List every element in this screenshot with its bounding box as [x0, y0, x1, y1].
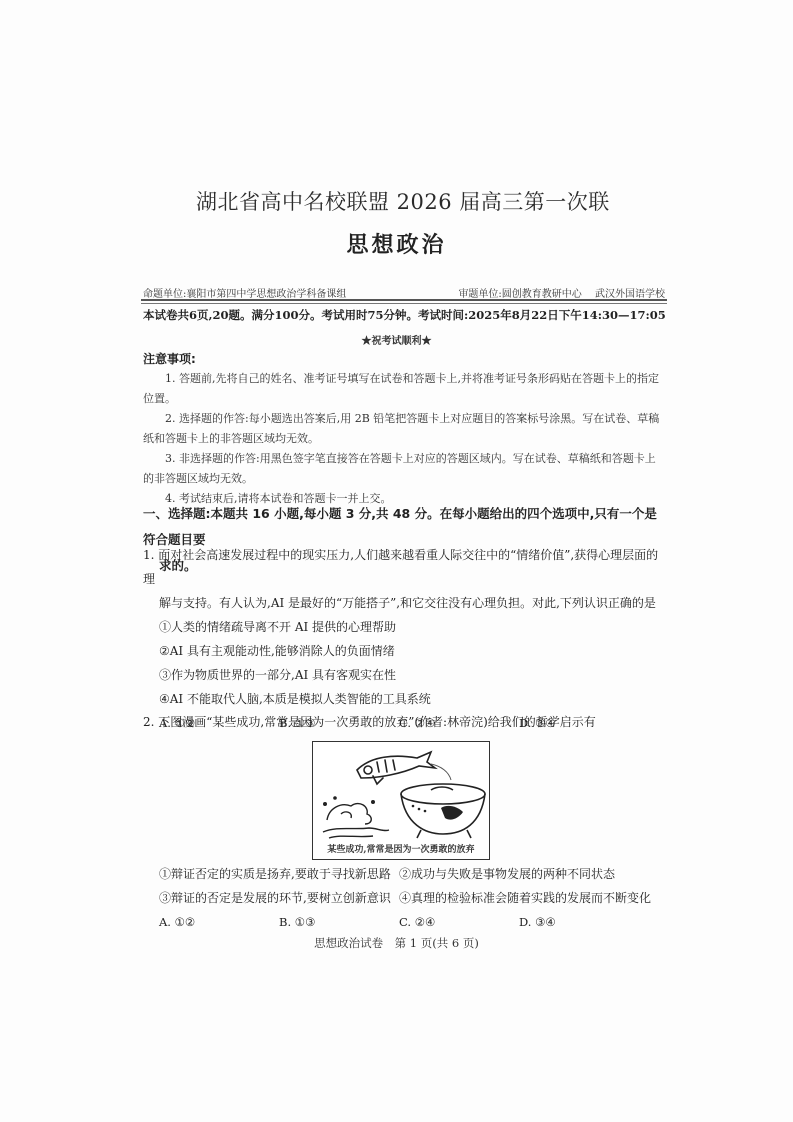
choice-d: D. ③④: [519, 910, 639, 934]
cartoon-caption: 某些成功,常常是因为一次勇敢的放弃: [313, 842, 489, 855]
blessing-text: ★祝考试顺利★: [0, 332, 793, 347]
question-stem: 2. 下图漫画“某些成功,常常是因为一次勇敢的放弃”(作者:林帝浣)给我们的哲学…: [143, 710, 665, 734]
section-line-1: 一、选择题:本题共 16 小题,每小题 3 分,共 48 分。在每小题给出的四个…: [143, 506, 657, 547]
bowl-pattern: [412, 805, 463, 820]
note-item: 1. 答题前,先将自己的姓名、准考证号填写在试卷和答题卡上,并将准考证号条形码贴…: [143, 369, 663, 409]
statement-4: ④AI 不能取代人脑,本质是模拟人类智能的工具系统: [143, 687, 665, 711]
statement-3: ③辩证的否定是发展的环节,要树立创新意识: [159, 886, 399, 910]
info-row: 本试卷共6页,20题。满分100分。考试用时75分钟。 考试时间:2025年8月…: [143, 307, 665, 323]
notes-title: 注意事项:: [143, 350, 196, 367]
header-rule-thin: [141, 303, 667, 304]
setter-unit: 命题单位:襄阳市第四中学思想政治学科备课组: [143, 285, 346, 300]
note-item: 3. 非选择题的作答:用黑色签字笔直接答在答题卡上对应的答题区域内。写在试卷、草…: [143, 449, 663, 489]
question-2-statements: ①辩证否定的实质是扬弃,要敢于寻找新思路 ②成功与失败是事物发展的两种不同状态 …: [159, 862, 659, 910]
choice-c: C. ②④: [399, 910, 519, 934]
header-rule-thick: [141, 299, 667, 301]
question-2: 2. 下图漫画“某些成功,常常是因为一次勇敢的放弃”(作者:林帝浣)给我们的哲学…: [143, 710, 665, 734]
cartoon-image: 某些成功,常常是因为一次勇敢的放弃: [312, 741, 490, 860]
statement-2: ②AI 具有主观能动性,能够消除人的负面情绪: [143, 639, 665, 663]
exam-title: 湖北省高中名校联盟 2026 届高三第一次联: [196, 186, 610, 216]
subject-title: 思想政治: [0, 228, 793, 259]
statement-1: ①人类的情绪疏导离不开 AI 提供的心理帮助: [143, 615, 665, 639]
choice-b: B. ①③: [279, 910, 399, 934]
choice-a: A. ①②: [159, 910, 279, 934]
exam-time: 考试时间:2025年8月22日下午14:30—17:05: [418, 307, 666, 323]
statement-4: ④真理的检验标准会随着实践的发展而不断变化: [399, 886, 651, 910]
page-footer: 思想政治试卷 第 1 页(共 6 页): [0, 935, 793, 951]
question-stem-cont: 解与支持。有人认为,AI 是最好的“万能搭子”,和它交往没有心理负担。对此,下列…: [143, 591, 665, 615]
fish-icon: [357, 752, 435, 784]
meta-row: 命题单位:襄阳市第四中学思想政治学科备课组 审题单位:圆创教育教研中心 武汉外国…: [143, 285, 665, 300]
wave-icon: [323, 797, 389, 838]
notes-list: 1. 答题前,先将自己的姓名、准考证号填写在试卷和答题卡上,并将准考证号条形码贴…: [143, 369, 663, 509]
question-stem: 1. 面对社会高速发展过程中的现实压力,人们越来越看重人际交往中的“情绪价值”,…: [143, 543, 665, 591]
reviewer-unit: 审题单位:圆创教育教研中心 武汉外国语学校: [458, 285, 665, 300]
paper-info: 本试卷共6页,20题。满分100分。考试用时75分钟。: [143, 307, 418, 323]
question-1: 1. 面对社会高速发展过程中的现实压力,人们越来越看重人际交往中的“情绪价值”,…: [143, 543, 665, 735]
statement-1: ①辩证否定的实质是扬弃,要敢于寻找新思路: [159, 862, 399, 886]
statement-3: ③作为物质世界的一部分,AI 具有客观实在性: [143, 663, 665, 687]
statement-2: ②成功与失败是事物发展的两种不同状态: [399, 862, 615, 886]
answer-choices: A. ①② B. ①③ C. ②④ D. ③④: [143, 910, 665, 934]
question-2-choices: A. ①② B. ①③ C. ②④ D. ③④: [143, 910, 665, 934]
note-item: 2. 选择题的作答:每小题选出答案后,用 2B 铅笔把答题卡上对应题目的答案标号…: [143, 409, 663, 449]
exam-page: 湖北省高中名校联盟 2026 届高三第一次联 思想政治 命题单位:襄阳市第四中学…: [0, 0, 793, 1122]
